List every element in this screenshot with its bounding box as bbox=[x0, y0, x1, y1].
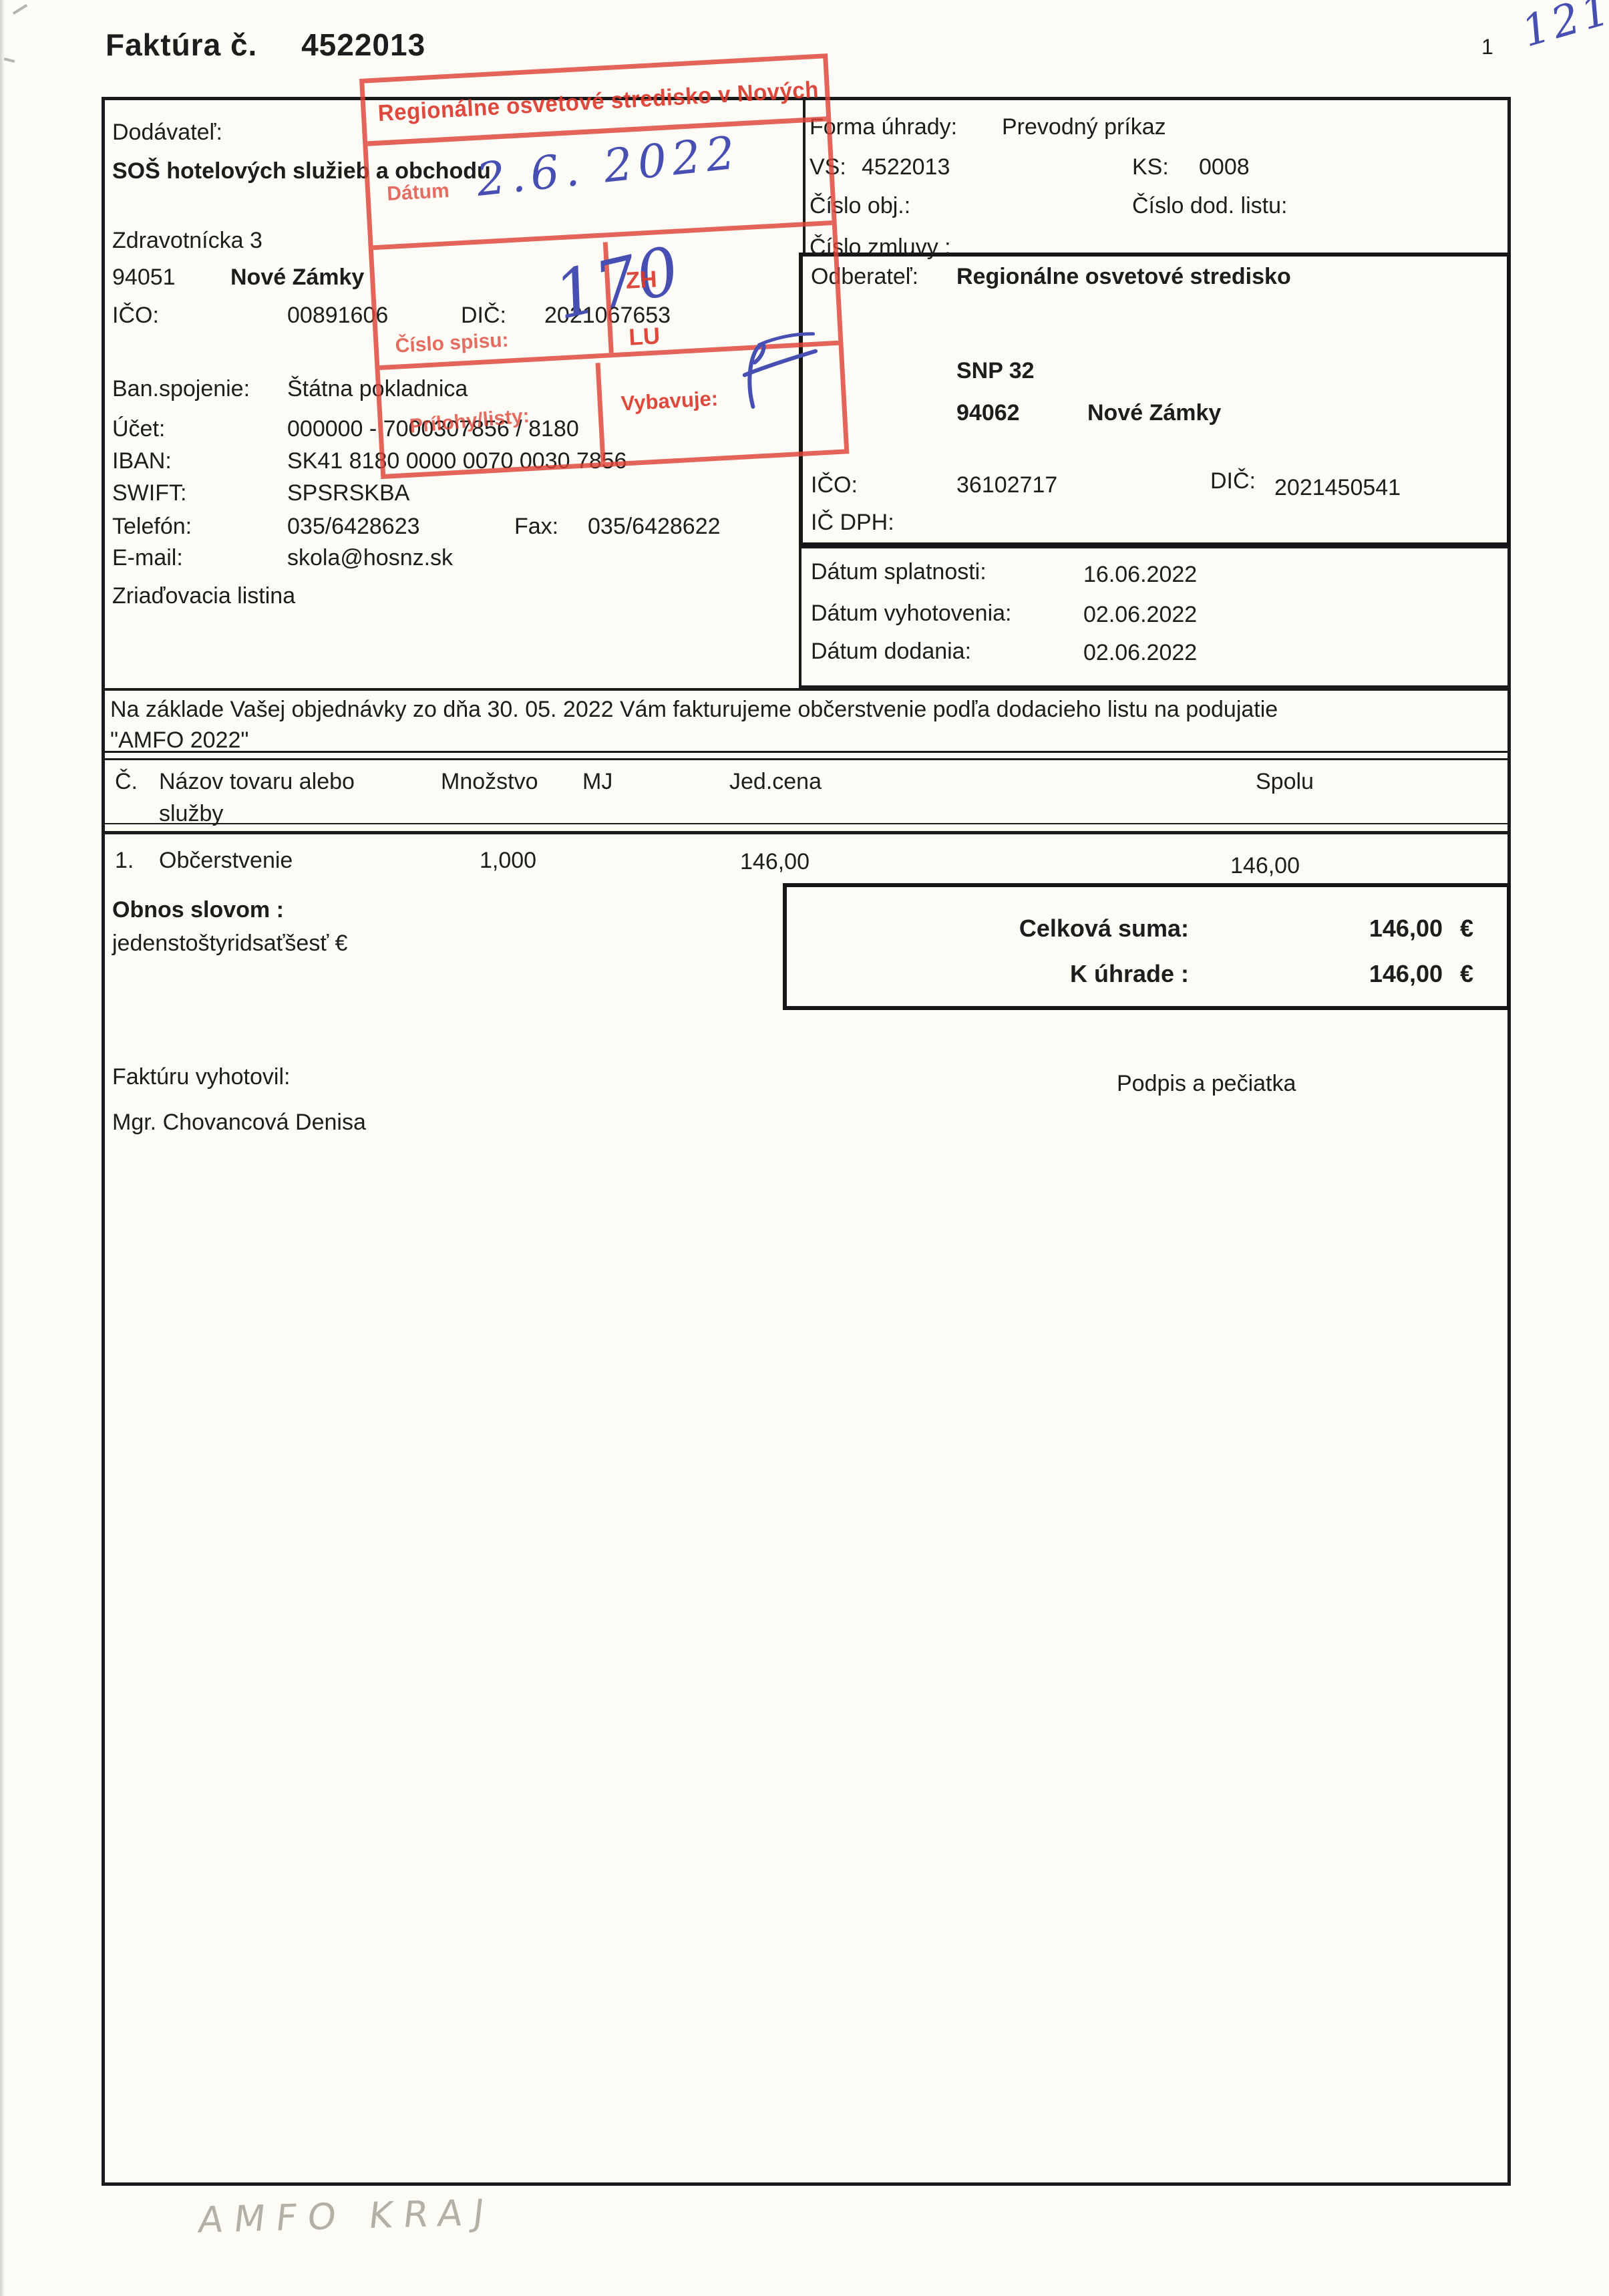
stamp-handles-signature-scribble bbox=[729, 324, 827, 416]
customer-name: Regionálne osvetové stredisko bbox=[956, 263, 1291, 291]
stamp-handles-label: Vybavuje: bbox=[620, 387, 719, 416]
note-top-rule bbox=[102, 688, 1511, 691]
supplier-fax-value: 035/6428622 bbox=[588, 513, 721, 540]
supplier-fax-label: Fax: bbox=[514, 513, 558, 540]
stamp-date-label: Dátum bbox=[386, 180, 450, 206]
customer-zip: 94062 bbox=[956, 399, 1020, 427]
customer-dic-value: 2021450541 bbox=[1274, 474, 1401, 502]
date-issued-label: Dátum vyhotovenia: bbox=[811, 600, 1012, 627]
col-header-unit: MJ bbox=[582, 768, 612, 796]
item-total: 146,00 bbox=[1230, 852, 1300, 880]
handwritten-corner-number: 121 bbox=[1516, 0, 1609, 57]
supplier-bank-label: Ban.spojenie: bbox=[112, 375, 250, 403]
page-number: 1 bbox=[1481, 35, 1493, 59]
invoice-title: Faktúra č. 4522013 bbox=[106, 27, 425, 63]
invoice-number: 4522013 bbox=[301, 27, 425, 62]
customer-city: Nové Zámky bbox=[1087, 399, 1221, 427]
supplier-phone-label: Telefón: bbox=[112, 513, 192, 540]
col-header-num: Č. bbox=[115, 768, 138, 796]
supplier-street: Zdravotnícka 3 bbox=[112, 227, 262, 255]
scan-artifact bbox=[13, 4, 27, 15]
prepared-by-label: Faktúru vyhotovil: bbox=[112, 1063, 290, 1091]
totals-frame bbox=[783, 883, 1511, 1010]
item-qty: 1,000 bbox=[480, 847, 536, 874]
payment-ks-label: KS: bbox=[1132, 154, 1169, 181]
customer-icdph-label: IČ DPH: bbox=[811, 509, 894, 536]
table-top-rule-1 bbox=[102, 751, 1511, 753]
customer-street: SNP 32 bbox=[956, 357, 1035, 385]
amount-due-label: K úhrade : bbox=[902, 959, 1189, 988]
supplier-footnote: Zriaďovacia listina bbox=[112, 583, 295, 610]
customer-ico-value: 36102717 bbox=[956, 472, 1057, 499]
supplier-iban-label: IBAN: bbox=[112, 448, 172, 475]
supplier-zip: 94051 bbox=[112, 264, 176, 291]
stamp-handles-row: Prílohy/listy: Vybavuje: bbox=[380, 350, 844, 474]
col-header-name-line1: Názov tovaru alebo bbox=[159, 768, 355, 796]
supplier-city: Nové Zámky bbox=[230, 264, 364, 291]
signature-label: Podpis a pečiatka bbox=[1117, 1070, 1296, 1098]
amount-words-label: Obnos slovom : bbox=[112, 896, 284, 924]
supplier-section-label: Dodávateľ: bbox=[112, 119, 222, 146]
payment-method-value: Prevodný príkaz bbox=[1002, 114, 1166, 141]
supplier-phone-value: 035/6428623 bbox=[287, 513, 420, 540]
amount-due-currency: € bbox=[1460, 959, 1473, 988]
item-unit-price: 146,00 bbox=[740, 848, 810, 876]
table-top-rule-2 bbox=[102, 758, 1511, 760]
amount-due-value: 146,00 bbox=[1302, 959, 1443, 988]
header-bottom-rule-thick bbox=[102, 831, 1511, 834]
date-issued-value: 02.06.2022 bbox=[1083, 601, 1197, 629]
stamp-code-line2: LU bbox=[628, 323, 661, 351]
payment-ks-value: 0008 bbox=[1199, 154, 1250, 181]
invoice-scan-page: Faktúra č. 4522013 1 121 Dodávateľ: SOŠ … bbox=[0, 0, 1609, 2296]
stamp-code-line1: ZH bbox=[625, 266, 658, 294]
amount-words-value: jedenstoštyridsaťšesť € bbox=[112, 930, 347, 957]
invoice-title-label: Faktúra č. bbox=[106, 27, 257, 62]
total-sum-label: Celková suma: bbox=[902, 914, 1189, 943]
customer-ico-label: IČO: bbox=[811, 472, 858, 499]
total-sum-currency: € bbox=[1460, 914, 1473, 943]
col-header-qty: Množstvo bbox=[441, 768, 538, 796]
col-header-total: Spolu bbox=[1256, 768, 1314, 796]
supplier-ico-label: IČO: bbox=[112, 302, 159, 329]
date-delivery-label: Dátum dodania: bbox=[811, 638, 971, 665]
note-line2: "AMFO 2022" bbox=[110, 727, 248, 754]
item-name: Občerstvenie bbox=[159, 847, 293, 874]
supplier-email-value: skola@hosnz.sk bbox=[287, 544, 453, 572]
handwritten-bottom-note: AMFO KRAJ bbox=[196, 2191, 498, 2241]
date-due-value: 16.06.2022 bbox=[1083, 561, 1197, 589]
item-num: 1. bbox=[115, 847, 134, 874]
supplier-account-label: Účet: bbox=[112, 416, 165, 443]
routing-stamp: Regionálne osvetové stredisko v Nových Z… bbox=[359, 53, 849, 479]
total-sum-value: 146,00 bbox=[1302, 914, 1443, 943]
note-line1: Na základe Vašej objednávky zo dňa 30. 0… bbox=[110, 696, 1278, 723]
stamp-date-handwritten: 2.6. 2022 bbox=[474, 126, 743, 207]
header-bottom-rule-thin bbox=[102, 823, 1511, 824]
col-header-unit-price: Jed.cena bbox=[729, 768, 822, 796]
date-due-label: Dátum splatnosti: bbox=[811, 558, 987, 586]
date-delivery-value: 02.06.2022 bbox=[1083, 639, 1197, 667]
payment-delivery-note-label: Číslo dod. listu: bbox=[1132, 192, 1287, 220]
col-header-name-line2: služby bbox=[159, 800, 223, 828]
supplier-swift-label: SWIFT: bbox=[112, 480, 186, 507]
stamp-date-row: Dátum 2.6. 2022 bbox=[368, 124, 832, 250]
supplier-email-label: E-mail: bbox=[112, 544, 183, 572]
supplier-swift-value: SPSRSKBA bbox=[287, 480, 409, 507]
customer-dic-label: DIČ: bbox=[1210, 468, 1256, 495]
prepared-by-name: Mgr. Chovancová Denisa bbox=[112, 1109, 366, 1136]
payment-vs-value: 4522013 bbox=[862, 154, 950, 181]
scan-artifact bbox=[4, 57, 15, 63]
